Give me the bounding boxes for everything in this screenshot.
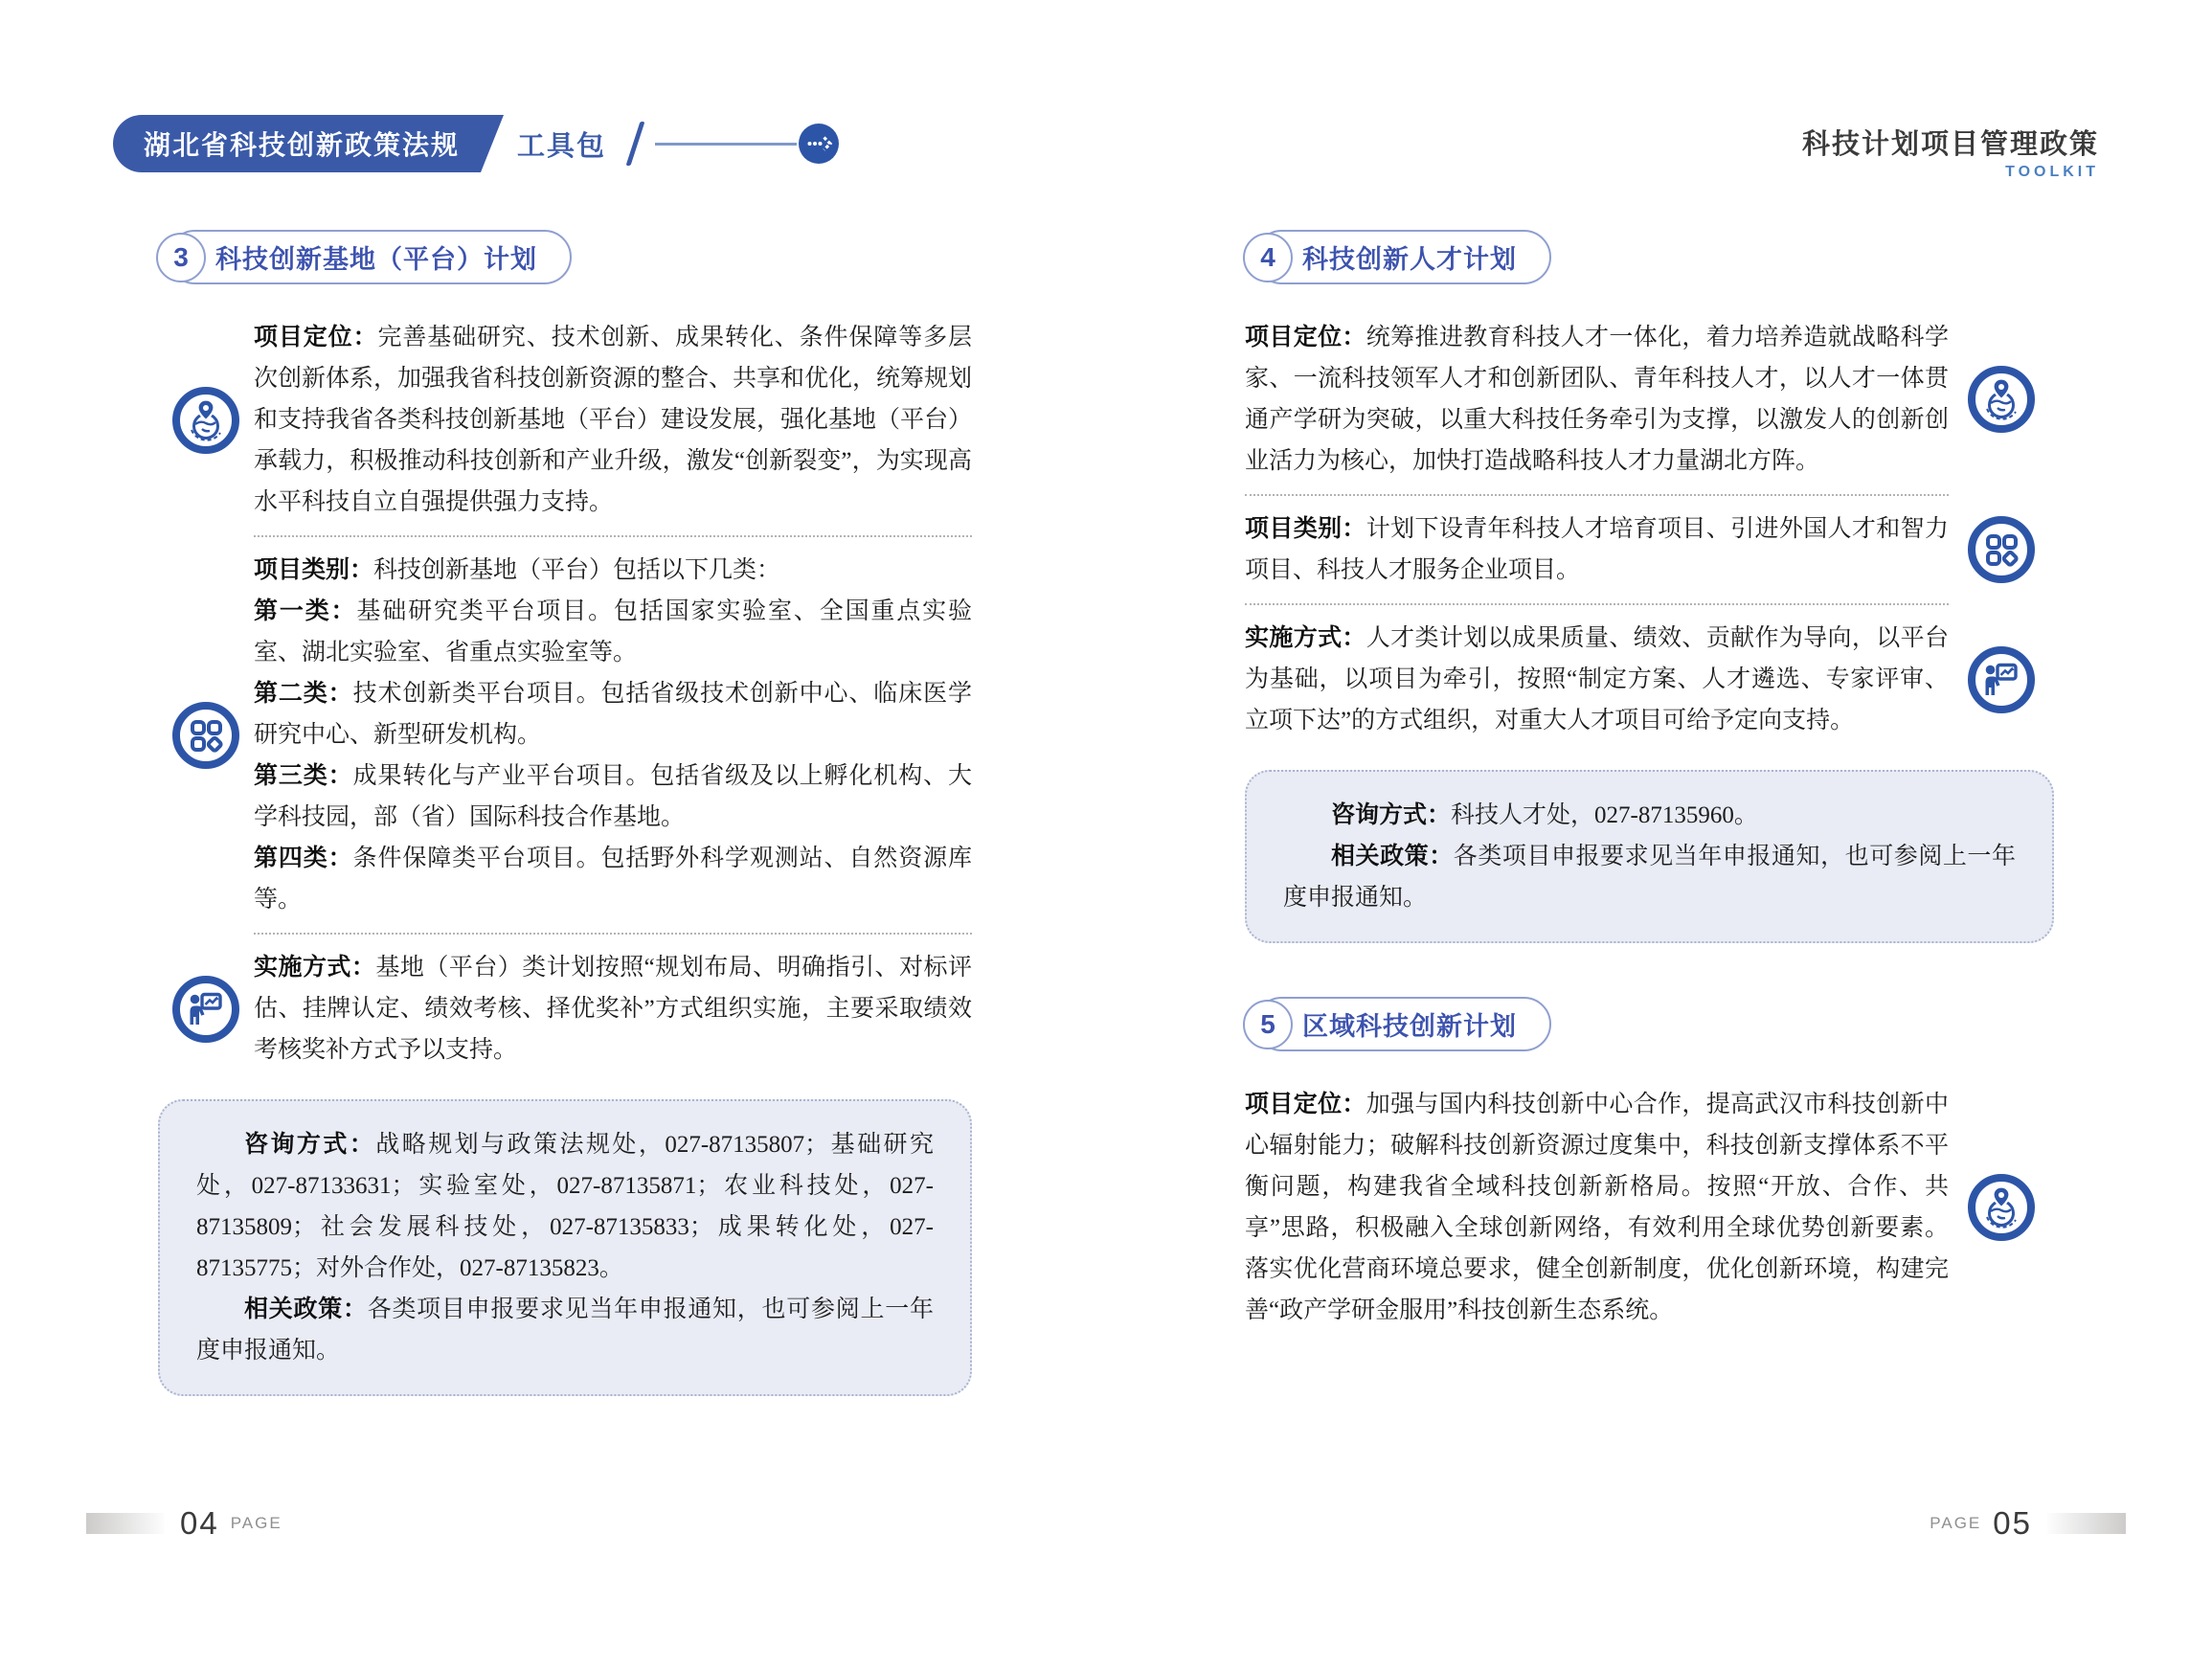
category-item-label: 第三类：	[254, 762, 353, 789]
icon-column	[158, 947, 254, 1071]
consult-paragraph: 咨询方式：科技人才处，027-87135960。	[1283, 795, 2016, 836]
positioning-paragraph: 项目定位：完善基础研究、技术创新、成果转化、条件保障等多层次创新体系，加强我省科…	[254, 317, 972, 523]
positioning-block: 项目定位：统筹推进教育科技人才一体化，着力培养造就战略科学家、一流科技领军人才和…	[1245, 317, 2054, 482]
paragraph-label: 项目定位：	[254, 324, 377, 350]
section-4-title: 科技创新人才计划	[1302, 238, 1517, 276]
footer-gradient-bar	[2047, 1513, 2126, 1534]
category-item-text: 基础研究类平台项目。包括国家实验室、全国重点实验室、湖北实验室、省重点实验室等。	[254, 598, 972, 665]
paragraph-label: 项目定位：	[1245, 324, 1366, 350]
category-item-text: 条件保障类平台项目。包括野外科学观测站、自然资源库等。	[254, 846, 972, 913]
contact-info-box: 咨询方式：科技人才处，027-87135960。 相关政策：各类项目申报要求见当…	[1245, 770, 2054, 943]
section-5-pill: 5 区域科技创新计划	[1254, 997, 1551, 1051]
category-grid-icon	[170, 700, 241, 771]
category-item-label: 第一类：	[254, 598, 356, 624]
globe-pin-icon	[170, 385, 241, 456]
positioning-block: 项目定位：完善基础研究、技术创新、成果转化、条件保障等多层次创新体系，加强我省科…	[158, 317, 972, 523]
category-item-3: 第三类：成果转化与产业平台项目。包括省级及以上孵化机构、大学科技园，部（省）国际…	[254, 756, 972, 838]
category-item-text: 成果转化与产业平台项目。包括省级及以上孵化机构、大学科技园，部（省）国际科技合作…	[254, 763, 972, 830]
footer-gradient-bar	[86, 1513, 165, 1534]
text-column: 实施方式：人才类计划以成果质量、绩效、贡献作为导向，以平台为基础，以项目为牵引，…	[1245, 618, 1949, 741]
paragraph-label: 实施方式：	[1245, 624, 1366, 651]
policy-label: 相关政策：	[244, 1296, 368, 1322]
left-page-column: 3 科技创新基地（平台）计划 项目定位：完善基础研究、技术创新、成果转化、条件保…	[158, 230, 972, 1396]
icon-column	[1949, 1084, 2054, 1331]
paragraph-label: 实施方式：	[254, 954, 375, 981]
category-item-label: 第二类：	[254, 680, 353, 707]
globe-pin-icon	[1966, 364, 2037, 435]
category-grid-icon	[1966, 514, 2037, 585]
page-number: 05	[1993, 1505, 2032, 1542]
header-badge: 湖北省科技创新政策法规	[113, 115, 504, 172]
category-block: 项目类别：计划下设青年科技人才培育项目、引进外国人才和智力项目、科技人才服务企业…	[1245, 508, 2054, 591]
implementation-block: 实施方式：基地（平台）类计划按照“规划布局、明确指引、对标评估、挂牌认定、绩效考…	[158, 947, 972, 1071]
icon-column	[1949, 618, 2054, 741]
presentation-icon	[1966, 644, 2037, 715]
doc-subtitle: TOOLKIT	[1802, 164, 2099, 181]
dotted-separator	[1245, 603, 1949, 605]
page-number: 04	[180, 1505, 219, 1542]
text-column: 项目类别：计划下设青年科技人才培育项目、引进外国人才和智力项目、科技人才服务企业…	[1245, 508, 1949, 591]
consult-text: 科技人才处，027-87135960。	[1451, 802, 1758, 828]
doc-title: 科技计划项目管理政策	[1802, 123, 2099, 162]
section-4-pill: 4 科技创新人才计划	[1254, 230, 1551, 284]
category-item-1: 第一类：基础研究类平台项目。包括国家实验室、全国重点实验室、湖北实验室、省重点实…	[254, 591, 972, 673]
category-item-2: 第二类：技术创新类平台项目。包括省级技术创新中心、临床医学研究中心、新型研发机构…	[254, 673, 972, 756]
contact-info-box: 咨询方式：战略规划与政策法规处，027-87135807；基础研究处，027-8…	[158, 1099, 972, 1396]
section-3-pill: 3 科技创新基地（平台）计划	[168, 230, 572, 284]
section-5-title: 区域科技创新计划	[1302, 1005, 1517, 1043]
category-item-4: 第四类：条件保障类平台项目。包括野外科学观测站、自然资源库等。	[254, 838, 972, 920]
policy-paragraph: 相关政策：各类项目申报要求见当年申报通知，也可参阅上一年度申报通知。	[1283, 836, 2016, 918]
header-left: 湖北省科技创新政策法规 工具包	[113, 115, 839, 172]
right-page-column: 4 科技创新人才计划 项目定位：统筹推进教育科技人才一体化，着力培养造就战略科学…	[1245, 230, 2054, 1331]
consult-paragraph: 咨询方式：战略规划与政策法规处，027-87135807；基础研究处，027-8…	[196, 1124, 934, 1289]
section-number: 5	[1260, 1009, 1275, 1040]
implementation-paragraph: 实施方式：基地（平台）类计划按照“规划布局、明确指引、对标评估、挂牌认定、绩效考…	[254, 947, 972, 1071]
category-item-text: 技术创新类平台项目。包括省级技术创新中心、临床医学研究中心、新型研发机构。	[254, 681, 972, 748]
consult-label: 咨询方式：	[244, 1131, 375, 1158]
paragraph-label: 项目定位：	[1245, 1091, 1366, 1117]
presentation-icon	[170, 974, 241, 1045]
category-paragraph: 项目类别：计划下设青年科技人才培育项目、引进外国人才和智力项目、科技人才服务企业…	[1245, 508, 1949, 591]
category-item-label: 第四类：	[254, 845, 353, 871]
policy-paragraph: 相关政策：各类项目申报要求见当年申报通知，也可参阅上一年度申报通知。	[196, 1289, 934, 1371]
consult-label: 咨询方式：	[1331, 801, 1451, 828]
category-block: 项目类别：科技创新基地（平台）包括以下几类： 第一类：基础研究类平台项目。包括国…	[158, 550, 972, 920]
footer-left: 04 PAGE	[86, 1505, 294, 1542]
icon-column	[158, 317, 254, 523]
implementation-paragraph: 实施方式：人才类计划以成果质量、绩效、贡献作为导向，以平台为基础，以项目为牵引，…	[1245, 618, 1949, 741]
text-column: 实施方式：基地（平台）类计划按照“规划布局、明确指引、对标评估、挂牌认定、绩效考…	[254, 947, 972, 1071]
section-5-number-badge: 5	[1243, 1000, 1293, 1049]
header-rule-line	[655, 143, 797, 146]
section-3-number-badge: 3	[156, 233, 206, 282]
text-column: 项目类别：科技创新基地（平台）包括以下几类： 第一类：基础研究类平台项目。包括国…	[254, 550, 972, 920]
icon-column	[1949, 317, 2054, 482]
section-4-number-badge: 4	[1243, 233, 1293, 282]
icon-column	[1949, 508, 2054, 591]
section-number: 3	[173, 242, 189, 273]
icon-column	[158, 550, 254, 920]
paragraph-label: 项目类别：	[254, 556, 373, 583]
badge-label: 湖北省科技创新政策法规	[144, 130, 460, 160]
text-column: 项目定位：加强与国内科技创新中心合作，提高武汉市科技创新中心辐射能力；破解科技创…	[1245, 1084, 1949, 1331]
positioning-paragraph: 项目定位：统筹推进教育科技人才一体化，着力培养造就战略科学家、一流科技领军人才和…	[1245, 317, 1949, 482]
paragraph-label: 项目类别：	[1245, 515, 1366, 542]
paragraph-text: 完善基础研究、技术创新、成果转化、条件保障等多层次创新体系，加强我省科技创新资源…	[254, 325, 972, 515]
header-right: 科技计划项目管理政策 TOOLKIT	[1802, 123, 2099, 181]
slash-divider	[626, 122, 645, 166]
arrow-icon	[799, 124, 839, 164]
policy-label: 相关政策：	[1331, 843, 1454, 869]
implementation-block: 实施方式：人才类计划以成果质量、绩效、贡献作为导向，以平台为基础，以项目为牵引，…	[1245, 618, 2054, 741]
text-column: 项目定位：完善基础研究、技术创新、成果转化、条件保障等多层次创新体系，加强我省科…	[254, 317, 972, 523]
toolkit-label: 工具包	[517, 124, 606, 164]
positioning-paragraph: 项目定位：加强与国内科技创新中心合作，提高武汉市科技创新中心辐射能力；破解科技创…	[1245, 1084, 1949, 1331]
section-3-title: 科技创新基地（平台）计划	[215, 238, 537, 276]
section-number: 4	[1260, 242, 1275, 273]
page-label: PAGE	[231, 1514, 282, 1533]
globe-pin-icon	[1966, 1172, 2037, 1243]
category-intro-paragraph: 项目类别：科技创新基地（平台）包括以下几类：	[254, 550, 972, 591]
text-column: 项目定位：统筹推进教育科技人才一体化，着力培养造就战略科学家、一流科技领军人才和…	[1245, 317, 1949, 482]
positioning-block-s5: 项目定位：加强与国内科技创新中心合作，提高武汉市科技创新中心辐射能力；破解科技创…	[1245, 1084, 2054, 1331]
dotted-separator	[254, 933, 972, 935]
document-page: 湖北省科技创新政策法规 工具包 科技计划项目管理政策 TOOLKIT 3 科技创…	[0, 0, 2212, 1669]
dotted-separator	[254, 535, 972, 537]
page-label: PAGE	[1930, 1514, 1981, 1533]
footer-right: PAGE 05	[1918, 1505, 2126, 1542]
paragraph-text: 科技创新基地（平台）包括以下几类：	[373, 557, 780, 583]
paragraph-text: 加强与国内科技创新中心合作，提高武汉市科技创新中心辐射能力；破解科技创新资源过度…	[1245, 1092, 1949, 1323]
dotted-separator	[1245, 494, 1949, 496]
